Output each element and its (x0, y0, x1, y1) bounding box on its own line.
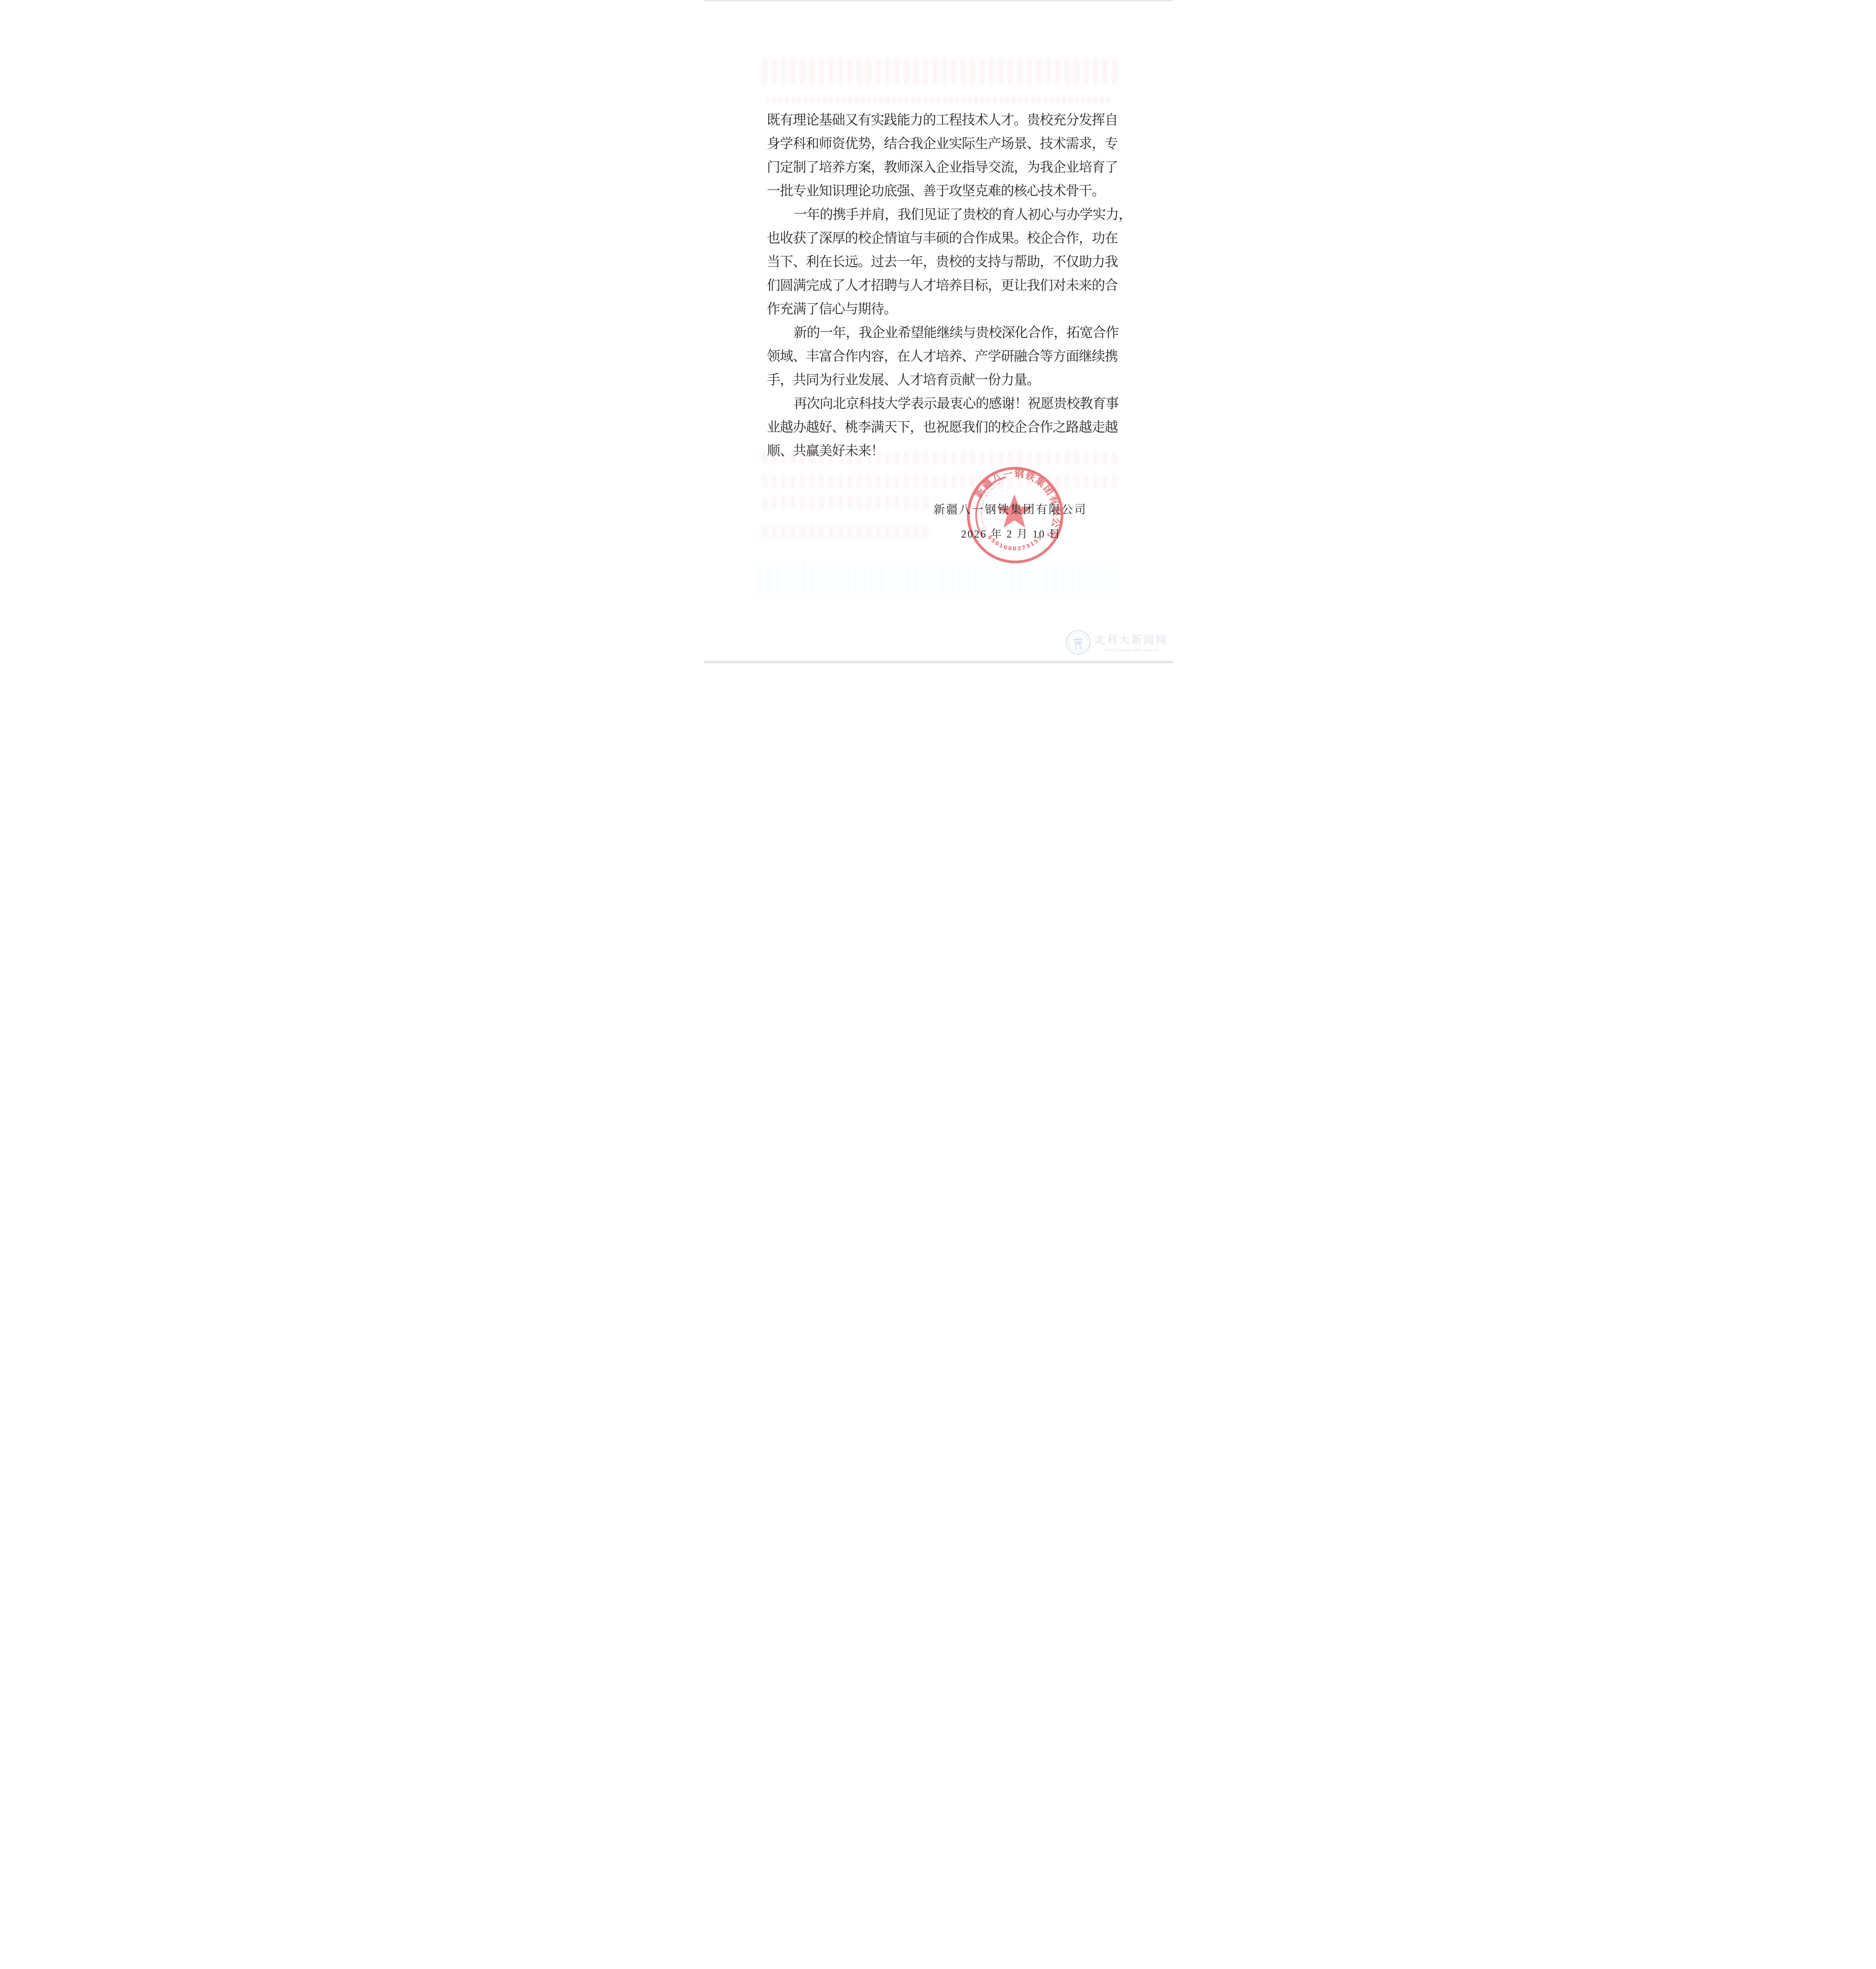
company-signature: 新疆八一钢铁集团有限公司 (934, 501, 1087, 517)
watermark-site-name: 北科大新闻网 (1095, 632, 1168, 647)
bleed-through-ghost-line-d (763, 526, 932, 538)
scan-edge-shadow-top (704, 0, 1173, 2)
body-line: 手，共同为行业发展、人才培育贡献一份力量。 (767, 369, 1137, 392)
body-line: 再次向北京科技大学表示最衷心的感谢！祝愿贵校教育事 (767, 392, 1137, 416)
body-line: 既有理论基础又有实践能力的工程技术人才。贵校充分发挥自 (767, 109, 1137, 132)
letter-date: 2026 年 2 月 10 日 (961, 525, 1061, 541)
bleed-through-ghost-band (767, 97, 1113, 102)
letter-page: 既有理论基础又有实践能力的工程技术人才。贵校充分发挥自 身学科和师资优势，结合我… (704, 0, 1173, 663)
body-line: 业越办越好、桃李满天下，也祝愿我们的校企合作之路越走越 (767, 416, 1137, 439)
body-line: 也收获了深厚的校企情谊与丰硕的合作成果。校企合作，功在 (767, 227, 1137, 250)
body-line: 新的一年，我企业希望能继续与贵校深化合作，拓宽合作 (767, 321, 1137, 345)
body-line: 们圆满完成了人才招聘与人才培养目标，更让我们对未来的合 (767, 274, 1137, 298)
body-line: 一年的携手并肩，我们见证了贵校的育人初心与办学实力， (767, 203, 1137, 227)
body-line: 身学科和师资优势，结合我企业实际生产场景、技术需求，专 (767, 132, 1137, 156)
site-watermark: 北科大新闻网 http://news.ustb.edu.cn (1065, 629, 1168, 655)
letter-body: 既有理论基础又有实践能力的工程技术人才。贵校充分发挥自 身学科和师资优势，结合我… (767, 109, 1137, 463)
bleed-through-ghost-line-e (759, 562, 1121, 597)
bleed-through-ghost-title (763, 59, 1117, 84)
body-line: 一批专业知识理论功底强、善于攻坚克难的核心技术骨干。 (767, 180, 1137, 203)
body-line: 领域、丰富合作内容，在人才培养、产学研融合等方面继续携 (767, 345, 1137, 369)
body-line: 顺、共赢美好未来！ (767, 439, 1137, 463)
bleed-through-ghost-line-c (763, 497, 928, 508)
watermark-site-url: http://news.ustb.edu.cn (1095, 648, 1168, 653)
ustb-emblem-icon (1065, 629, 1091, 655)
body-line: 作充满了信心与期待。 (767, 298, 1137, 321)
body-line: 门定制了培养方案，教师深入企业指导交流，为我企业培育了 (767, 156, 1137, 180)
scan-edge-shadow-bottom (704, 660, 1173, 663)
body-line: 当下、利在长远。过去一年，贵校的支持与帮助，不仅助力我 (767, 250, 1137, 274)
